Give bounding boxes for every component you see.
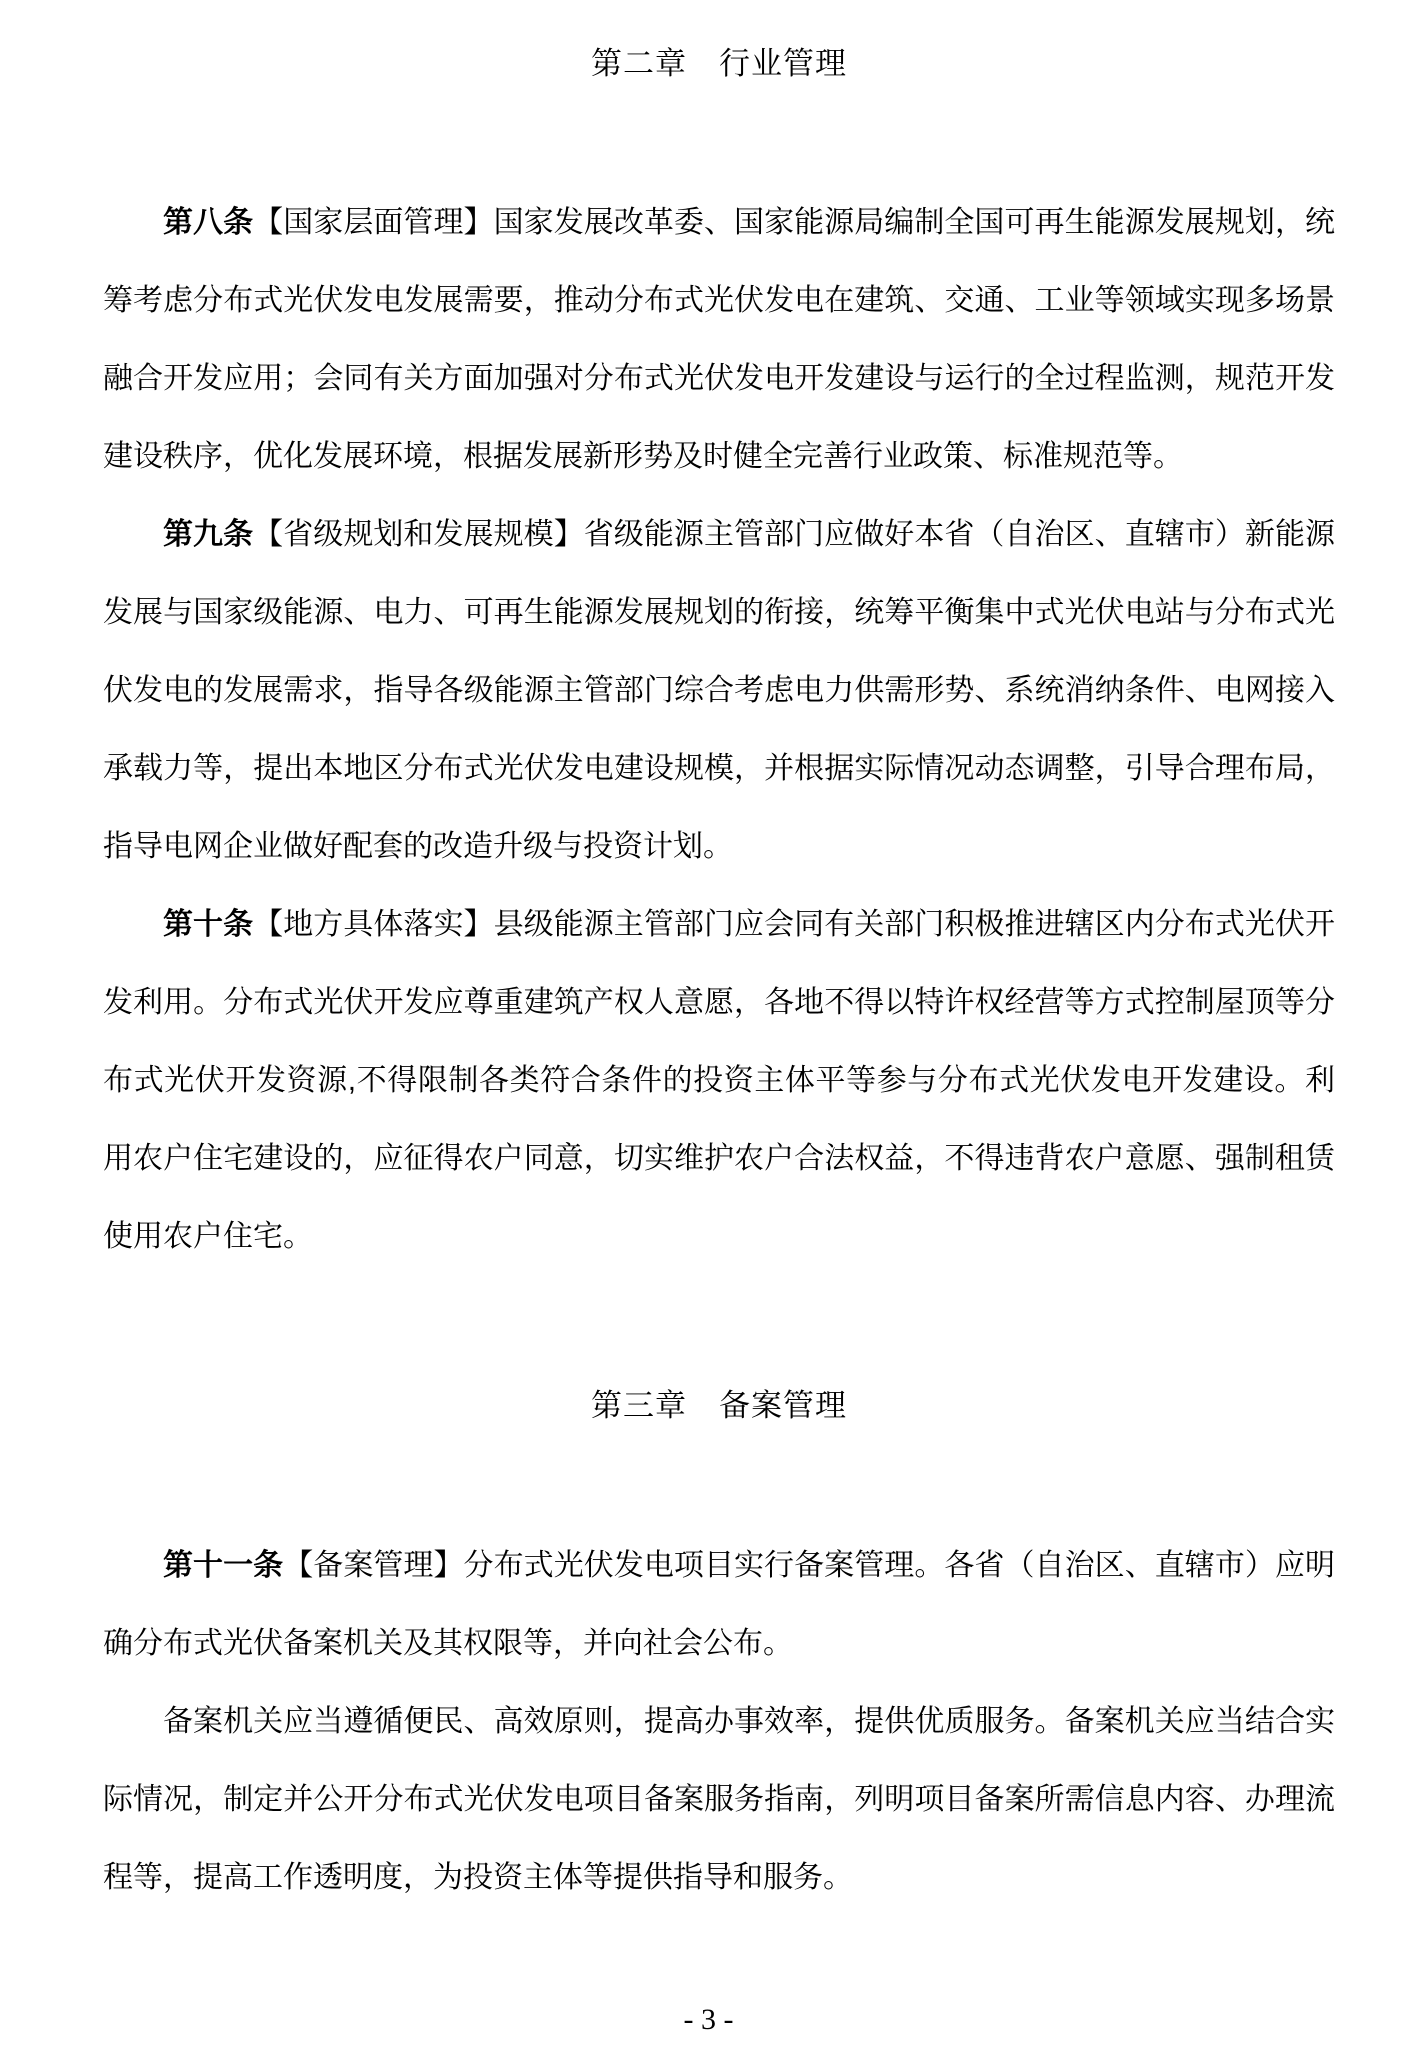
article-8-text: 【国家层面管理】国家发展改革委、国家能源局编制全国可再生能源发展规划，统筹考虑分… [103,206,1335,473]
article-10-text: 【地方具体落实】县级能源主管部门应会同有关部门积极推进辖区内分布式光伏开发利用。… [103,908,1335,1253]
article-11-paragraph: 第十一条【备案管理】分布式光伏发电项目实行备案管理。各省（自治区、直辖市）应明确… [103,1527,1335,1683]
article-9-number: 第九条 [163,518,253,551]
article-9-text: 【省级规划和发展规模】省级能源主管部门应做好本省（自治区、直辖市）新能源发展与国… [103,518,1335,863]
page-number: - 3 - [0,2003,1417,2037]
article-11-number: 第十一条 [163,1549,283,1582]
article-10-number: 第十条 [163,908,253,941]
article-10-paragraph: 第十条【地方具体落实】县级能源主管部门应会同有关部门积极推进辖区内分布式光伏开发… [103,886,1335,1276]
article-11-continuation-paragraph: 备案机关应当遵循便民、高效原则，提高办事效率，提供优质服务。备案机关应当结合实际… [103,1683,1335,1917]
chapter-heading-2: 第二章 行业管理 [103,25,1335,103]
chapter-heading-3: 第三章 备案管理 [103,1367,1335,1445]
article-8-number: 第八条 [163,206,253,239]
article-8-paragraph: 第八条【国家层面管理】国家发展改革委、国家能源局编制全国可再生能源发展规划，统筹… [103,184,1335,496]
article-11-continuation-text: 备案机关应当遵循便民、高效原则，提高办事效率，提供优质服务。备案机关应当结合实际… [103,1705,1335,1894]
document-page: 第二章 行业管理 第八条【国家层面管理】国家发展改革委、国家能源局编制全国可再生… [0,0,1417,2063]
article-11-text: 【备案管理】分布式光伏发电项目实行备案管理。各省（自治区、直辖市）应明确分布式光… [103,1549,1335,1660]
article-9-paragraph: 第九条【省级规划和发展规模】省级能源主管部门应做好本省（自治区、直辖市）新能源发… [103,496,1335,886]
